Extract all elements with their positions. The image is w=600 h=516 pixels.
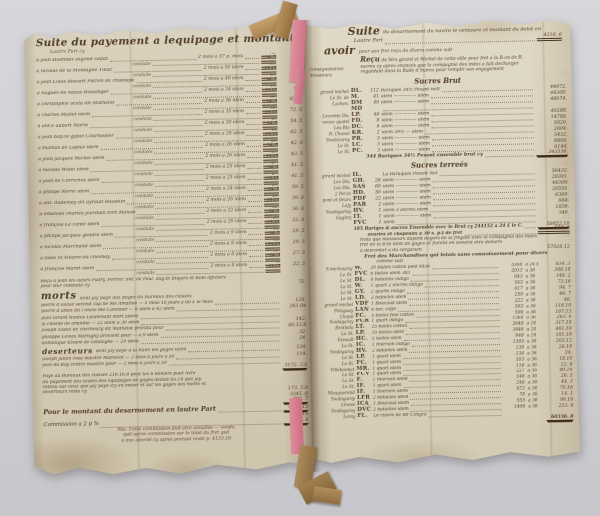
conduite-label: conduite — [135, 204, 154, 209]
deserteurs-word: deserteurs — [42, 347, 93, 356]
sucres-brut-list: girard michel DL. 112 Bariques 34½ Pesan… — [309, 83, 568, 154]
consignee-name: Le St. — [313, 290, 355, 296]
consignee-name: Chopil — [313, 314, 355, 320]
cask-description: idem ————— idem — [383, 189, 431, 195]
conduite-figure: 13.15 — [264, 199, 279, 207]
cask-description: idem ————— idem — [381, 93, 429, 99]
goods-description: 1 quart 2 ancres indigo — [371, 283, 423, 289]
consignee-name: Le St. — [314, 361, 356, 367]
consignee-name: Soubizaroy — [310, 136, 352, 142]
conduite-label: conduite — [134, 127, 153, 132]
consignee-name: Le St. — [315, 384, 357, 390]
cask-count: 46 — [367, 112, 381, 117]
freight-rate: a 36 — [524, 351, 545, 356]
cask-description: idem — [383, 220, 394, 225]
consignee-name: Le St. — [315, 372, 357, 378]
cask-count: 60 — [369, 184, 383, 189]
goods-description: 1 quart idem — [373, 383, 402, 389]
cask-count: 8 — [367, 118, 381, 123]
freight-rate: a 36 — [523, 292, 544, 297]
conduite-label: conduite — [133, 116, 152, 121]
consignee-name: Mauguerand — [315, 390, 357, 396]
consignee-name: Le St. — [313, 272, 355, 278]
bleed-digit: 12 — [557, 119, 571, 137]
right-page-title-word: Suite — [348, 25, 380, 37]
goods-weight: 593 — [501, 304, 523, 309]
cask-description: idem ————— idem — [382, 123, 430, 129]
goods-weight: 1385 — [502, 340, 524, 345]
freight-rate: a 36 — [525, 398, 546, 403]
cask-count: 41 — [367, 94, 381, 99]
conduite-label: conduite — [134, 160, 153, 165]
cask-count: 1 — [369, 214, 383, 219]
freight-rate: a 36 — [523, 298, 544, 303]
conduite-figure: 14. 5 — [262, 78, 277, 86]
freight-amount: 101.10 — [545, 333, 572, 339]
conduite-figure: 13.15 — [264, 177, 279, 185]
consignee-name: Esnault — [314, 337, 356, 343]
cask-count: 2 — [368, 130, 382, 135]
freight-rate: a 36 — [525, 392, 546, 397]
goods-description: 1 quart idem — [372, 354, 401, 360]
consignee-name: 2 Per.in — [311, 190, 353, 196]
freight-amount: 253. 4 — [546, 403, 573, 409]
fret-list: S.michauroy W. 20 Balles cotton poid 845… — [312, 261, 573, 419]
goods-description: 2 batailles idem — [372, 348, 408, 354]
dotted-leader — [246, 109, 260, 114]
consignee-name: Linose — [315, 402, 357, 408]
bleed-digit: 14 — [559, 191, 573, 209]
consignee-name: Les Dts. — [311, 184, 353, 190]
cask-description: idem ————— idem — [383, 201, 431, 207]
cask-count: 6 — [368, 124, 382, 129]
conduite-figure: 13.15 — [262, 111, 277, 119]
freight-rate: a 36 — [524, 357, 545, 362]
goods-description: 1 Boucaud idem — [373, 401, 409, 407]
conduite-label: conduite — [135, 182, 154, 187]
consignee-name: Le St. — [310, 148, 352, 154]
goods-description: 1 Boucaud idem — [371, 301, 407, 307]
conduite-label: conduite — [133, 83, 152, 88]
goods-weight: 246 — [503, 381, 525, 386]
dotted-leader — [249, 263, 263, 268]
freight-amount: 26.18 — [545, 345, 572, 351]
cask-description: idem 39½ — idem — [382, 129, 423, 135]
goods-weight: 259 — [501, 292, 523, 297]
consignee-name: N. Chanel — [310, 130, 352, 136]
goods-weight: 672 — [503, 387, 525, 392]
goods-weight: 543 — [501, 281, 523, 286]
freight-rate: a 36 — [523, 286, 544, 291]
conduite-label: conduite — [136, 259, 155, 264]
dotted-leader — [246, 98, 260, 103]
conduite-label: conduite — [133, 94, 152, 99]
consignee-name: Gagliry — [311, 214, 353, 220]
dotted-leader — [245, 65, 259, 70]
freight-amount: 14. 1 — [546, 392, 573, 398]
goods-description: 5 balles idem — [372, 336, 402, 342]
goods-description: 2 batailles idem — [371, 295, 407, 301]
consignee-name: Le St. — [314, 331, 356, 337]
conduite-figure: 13.15 — [265, 265, 280, 273]
consignee-name: girard michel — [313, 302, 355, 308]
dotted-leader — [485, 151, 534, 156]
dotted-leader — [249, 230, 263, 235]
goods-weight: 1408 — [503, 404, 525, 409]
margin-label: consignataires missieurs — [309, 67, 353, 80]
freight-rate: a 24 — [524, 333, 545, 338]
freight-amount: 118.19 — [544, 303, 571, 309]
freight-rate: a 36 — [524, 363, 545, 368]
freight-rate: a 24 £ — [522, 263, 543, 268]
goods-weight: 3846 — [502, 328, 524, 333]
crew-name: a ant.e aubert Marin — [37, 123, 88, 129]
dotted-leader — [246, 87, 260, 92]
crew-service: 2 mois a 8 idem — [210, 263, 247, 269]
goods-description: 2 batailles idem — [373, 395, 409, 401]
freight-rate: a 24 — [524, 321, 545, 326]
consignee-name: Le St. — [310, 142, 352, 148]
goods-weight: 116 — [502, 363, 524, 368]
freight-amount: 73.16 — [544, 280, 571, 286]
consignee-name: Soubigaroy — [315, 408, 357, 414]
goods-weight: 555 — [503, 398, 525, 403]
goods-weight: 5568 — [500, 263, 522, 268]
dotted-leader — [525, 223, 536, 228]
morts-list: pierre d aulise second cap.ne Me Amathie… — [41, 297, 307, 346]
cask-count: 26 — [369, 178, 383, 183]
crew-service: 2 mois a 8 idem — [210, 252, 247, 258]
commission-text: Commission a 2 p % — [43, 421, 98, 429]
goods-description: 25 balles cotton — [372, 324, 408, 330]
bleed-digit: 11 — [559, 173, 573, 191]
conduite-label: conduite — [134, 138, 153, 143]
consignee-name: Soubigaroy — [314, 349, 356, 355]
messieurs-label: missieurs — [310, 73, 354, 80]
goods-weight: 146 — [503, 375, 525, 380]
goods-weight: 846 — [502, 334, 524, 339]
cask-description: idem ————— idem — [383, 183, 431, 189]
conduite-label: conduite — [132, 72, 151, 77]
cask-description: idem ————— idem — [382, 135, 430, 141]
goods-weight: 1368 — [501, 316, 523, 321]
goods-description: 1 thierson idem — [373, 389, 408, 395]
consignee-name: La St. — [314, 343, 356, 349]
left-page: Suite du payement a lequipage et montant… — [22, 20, 312, 478]
cask-mark: FVC — [353, 219, 369, 225]
dotted-leader — [246, 76, 260, 81]
dotted-leader — [248, 197, 262, 202]
consignee-name: Lecomte Du. — [309, 112, 351, 118]
conduite-label: conduite — [136, 270, 155, 275]
freight-amount: 70.16 — [546, 386, 573, 392]
sucres-terres-list: girard michel IL. La Baraques Pesant Net… — [310, 167, 569, 226]
freight-rate: a 36 — [523, 316, 544, 321]
cask-description: idem ————— idem — [383, 195, 431, 201]
consignee-name: pont et fleurs — [311, 196, 353, 202]
freight-rate: a 36 — [525, 404, 546, 409]
dotted-leader — [247, 164, 261, 169]
goods-description: 1 quart idem — [372, 360, 401, 366]
freight-rate: a 36 — [523, 280, 544, 285]
right-carried-amount: 4216. 6 — [537, 33, 562, 42]
freight-rate: a 36 — [524, 339, 545, 344]
consignee-name: S.michauroy — [312, 266, 354, 272]
consignee-name: Brothelo — [314, 325, 356, 331]
cask-count: 2 — [369, 202, 383, 207]
consignee-name: girard michel — [311, 172, 353, 178]
freight-rate: a 36 — [522, 268, 543, 273]
cask-description: idem ————— idem — [381, 117, 429, 123]
conduite-figure: 13.15 — [265, 243, 280, 251]
consignee-name: Soubigaroy — [313, 319, 355, 325]
dotted-leader — [248, 219, 262, 224]
conduite-label: conduite — [134, 149, 153, 154]
consignee-name: Pelaguay — [313, 308, 355, 314]
cask-description: idem 3 ancres idem — [383, 207, 428, 213]
cask-count: 40 — [367, 100, 381, 105]
cask-count: 112 — [367, 88, 381, 93]
conduite-label: conduite — [136, 226, 155, 231]
goods-weight: 598 — [501, 310, 523, 315]
consignee-name: Soubigaroy — [315, 396, 357, 402]
dotted-leader — [248, 175, 262, 180]
freight-amount: 24. — [545, 350, 572, 356]
goods-description: 35 balles idem — [372, 330, 405, 336]
freight-rate: a 36 — [524, 345, 545, 350]
consignee-name: Villebonnet — [314, 367, 356, 373]
bleed-digit: 13 — [558, 155, 572, 173]
sucres-brut-total-text: 344 Bariques 34½ Pesant ensemble brut cy — [366, 151, 483, 159]
cask-description: idem ————— idem — [383, 177, 431, 183]
conduite-figure: 14. 5 — [263, 166, 278, 174]
bleed-digit: 13 — [556, 65, 570, 83]
freight-amount: 203.12 — [545, 339, 572, 345]
conduite-figure: 14. 5 — [262, 100, 277, 108]
dotted-leader — [247, 142, 261, 147]
consignee-name: veuve quatel — [309, 118, 351, 124]
conduite-figure: 13.15 — [262, 89, 277, 97]
cask-description: idem ————— idem — [381, 99, 429, 105]
conduite-figure: 14. 5 — [262, 122, 277, 130]
freight-amount: 94. 7 — [544, 286, 571, 292]
fret-total-amount: 60336. 8 — [546, 414, 573, 421]
cask-description: idem ————— idem — [383, 213, 431, 219]
conduite-figure: 14. 5 — [264, 188, 279, 196]
cask-mark: FL. — [357, 412, 373, 418]
freight-rate: a 36 — [523, 310, 544, 315]
ink-bleedthrough-column: 13111312111311141311 — [556, 65, 574, 245]
dotted-leader — [247, 153, 261, 158]
freight-amount: 99.18 — [546, 398, 573, 404]
freight-amount: 40. — [544, 297, 571, 303]
dotted-leader — [245, 54, 259, 59]
freight-rate: a 36 — [525, 386, 546, 391]
dotted-leader — [248, 208, 262, 213]
freight-amount: 306.18 — [543, 268, 570, 274]
freight-rate: a 36 — [525, 375, 546, 380]
consignee-name: Le St. — [314, 355, 356, 361]
consignee-name: girard michel — [309, 88, 351, 94]
goods-weight: 643 — [501, 275, 523, 280]
cask-count: 3 — [368, 142, 382, 147]
consignee-name: Le St. — [313, 278, 355, 284]
goods-description: 1 thierson idem — [373, 377, 408, 383]
crew-name: a nicolas Widel idem — [38, 167, 88, 173]
morts-word: morts — [41, 291, 77, 302]
consignee-name: Le St. — [313, 296, 355, 302]
freight-amount: 44. 3 — [546, 380, 573, 386]
conduite-figure: 14. 5 — [264, 210, 279, 218]
goods-description: 1 quart idem — [372, 366, 401, 372]
dotted-leader — [246, 120, 260, 125]
freight-amount: 461.10 — [545, 327, 572, 333]
conduite-figure: 13.15 — [264, 221, 279, 229]
conduite-figure: 14. 5 — [261, 56, 276, 64]
dotted-leader — [248, 186, 262, 191]
goods-weight: 2648 — [502, 322, 524, 327]
conduite-figure: 14. 5 — [265, 232, 280, 240]
conduite-figure: 13.15 — [261, 67, 276, 75]
conduite-figure: 14. 5 — [263, 144, 278, 152]
consignee-name: Lefy — [311, 202, 353, 208]
goods-weight: 134 — [502, 351, 524, 356]
conduite-label: conduite — [132, 61, 151, 66]
goods-weight: 138 — [502, 345, 524, 350]
crew-service: 2 mois a 9 idem — [210, 241, 247, 247]
bleed-digit: 13 — [557, 101, 571, 119]
right-page-subtitle: Lautre Part — [354, 37, 383, 45]
crew-service: 2 mois a 9 idem — [210, 230, 247, 236]
goods-description: 5 balles fine cotton — [371, 312, 414, 318]
conduite-label: conduite — [135, 215, 154, 220]
recu-word: Reçu — [360, 54, 380, 63]
goods-description: 1 quart idem — [373, 372, 402, 378]
dotted-leader — [249, 252, 263, 257]
cask-count: 22 — [369, 196, 383, 201]
crew-list: a jean Hoannes segond calfat 2 mois a 57… — [36, 52, 305, 277]
morts-entry: dominique Elvard de catalogne — 29 idem — [42, 339, 139, 346]
crew-name: a philipe Morvi idem — [39, 189, 90, 195]
freight-amount: 46. 7 — [544, 292, 571, 298]
goods-description: 6 Balles idem 383 — [370, 271, 410, 277]
right-page: Suite du desarmement du navire le centau… — [303, 15, 580, 466]
dotted-leader — [157, 268, 264, 275]
freight-amount: 18.10 — [545, 356, 572, 362]
conduite-label: conduite — [136, 237, 155, 242]
cask-count: 3 — [368, 136, 382, 141]
cask-count: 1 — [369, 220, 383, 225]
dotted-leader — [249, 241, 263, 246]
consignee-name: Les Dts. — [311, 178, 353, 184]
conduite-figure: 13.15 — [263, 133, 278, 141]
goods-weight: 103 — [502, 357, 524, 362]
avoir-word: avoir — [324, 45, 355, 57]
goods-description: 1 quart indigo — [371, 318, 403, 324]
goods-weight: 617 — [501, 287, 523, 292]
recu-paragraph: Reçu de Mrs girard et Michel de cette vi… — [360, 52, 566, 76]
consignee-name: La St. — [313, 284, 355, 290]
cask-count: 50 — [369, 190, 383, 195]
bleed-digit: 13 — [559, 209, 573, 227]
goods-description: 1 thierson indigo — [372, 342, 410, 348]
freight-rate: a 36 — [525, 380, 546, 385]
goods-description: 8 batailles indigo — [371, 277, 409, 283]
freight-rate: a 36 — [524, 369, 545, 374]
goods-description: Le cuivre de Mr Congré — [373, 412, 426, 418]
conduite-figure: 13.15 — [263, 155, 278, 163]
conduite-label: conduite — [135, 193, 154, 198]
bottom-tan-ribbon — [312, 486, 342, 505]
photo-background: { "left_page": { "title": "Suite du paye… — [0, 0, 600, 516]
consignee-name: Leroy — [315, 414, 357, 420]
dotted-leader — [247, 131, 261, 136]
bleed-digit: 11 — [557, 83, 571, 101]
freight-rate: a 36 — [523, 304, 544, 309]
goods-description: 2 batailles idem — [373, 407, 409, 413]
conduite-label: conduite — [136, 248, 155, 253]
goods-weight: 2013 — [500, 269, 522, 274]
cask-description: idem ————— idem — [382, 141, 430, 147]
consignee-name: Le St. de — [309, 94, 351, 100]
crew-name: a charles Mallet idem — [37, 112, 90, 118]
freight-rate: a 24 — [524, 327, 545, 332]
bleed-digit: 11 — [560, 227, 574, 245]
goods-description: 6 bar. caffé — [371, 307, 396, 312]
goods-weight: 222 — [501, 298, 523, 303]
conduite-label: conduite — [134, 171, 153, 176]
bleed-digit: 11 — [558, 137, 572, 155]
consignee-name: Lachen. — [309, 100, 351, 106]
freight-rate: a 36 — [523, 274, 544, 279]
cask-count: 1 — [369, 208, 383, 213]
consignee-name: Le St. — [315, 378, 357, 384]
consignee-name: Les Rts — [310, 124, 352, 130]
freight-amount: 148. 2 — [544, 274, 571, 280]
goods-weight: 78 — [503, 393, 525, 398]
goods-weight: 227 — [502, 369, 524, 374]
goods-description: 2 quarts indigo — [371, 289, 405, 295]
conduite-figure: 14. 5 — [265, 254, 280, 262]
cask-description: idem ————— idem — [381, 111, 429, 117]
conduite-label: conduite — [133, 105, 152, 110]
consignee-name: Soubigarlay — [311, 208, 353, 214]
